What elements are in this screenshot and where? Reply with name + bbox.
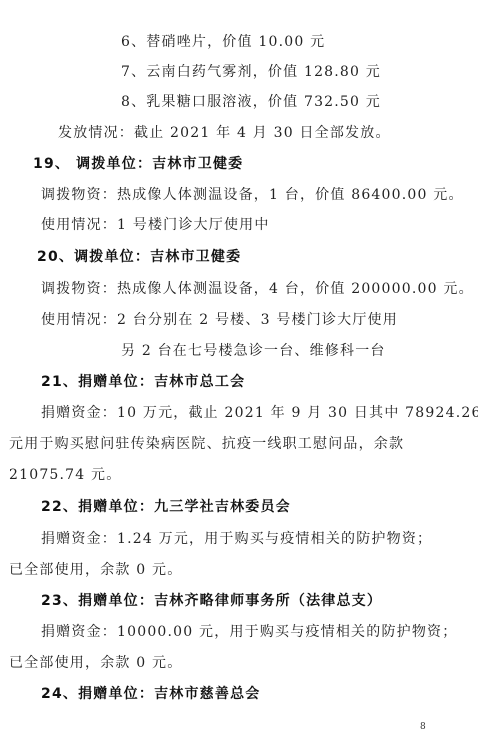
text-line: 调拨物资：热成像人体测温设备，1 台，价值 86400.00 元。 — [41, 186, 464, 204]
text-line: 捐赠资金：10 万元，截止 2021 年 9 月 30 日其中 78924.26 — [41, 404, 478, 422]
section-heading: 23、捐赠单位：吉林齐略律师事务所（法律总支） — [41, 592, 382, 610]
text-line: 已全部使用，余款 0 元。 — [9, 561, 182, 579]
text-line: 使用情况：2 台分别在 2 号楼、3 号楼门诊大厅使用 — [41, 311, 398, 329]
page-number: 8 — [420, 722, 426, 732]
text-line: 7、云南白药气雾剂，价值 128.80 元 — [121, 63, 381, 81]
section-heading: 19、 调拨单位：吉林市卫健委 — [33, 155, 243, 173]
section-heading: 22、捐赠单位：九三学社吉林委员会 — [41, 498, 291, 516]
section-heading: 21、捐赠单位：吉林市总工会 — [41, 373, 245, 391]
text-line: 8、乳果糖口服溶液，价值 732.50 元 — [121, 93, 381, 111]
text-line: 已全部使用，余款 0 元。 — [9, 654, 182, 672]
text-line: 21075.74 元。 — [9, 466, 121, 484]
text-line: 另 2 台在七号楼急诊一台、维修科一台 — [121, 342, 386, 360]
section-heading: 24、捐赠单位：吉林市慈善总会 — [41, 685, 260, 703]
section-heading: 20、调拨单位：吉林市卫健委 — [37, 248, 241, 266]
text-line: 捐赠资金：1.24 万元，用于购买与疫情相关的防护物资； — [41, 530, 432, 548]
text-line: 捐赠资金：10000.00 元，用于购买与疫情相关的防护物资； — [41, 623, 457, 641]
text-line: 6、替硝唑片，价值 10.00 元 — [121, 33, 325, 51]
text-line: 使用情况：1 号楼门诊大厅使用中 — [41, 216, 270, 234]
text-line: 发放情况：截止 2021 年 4 月 30 日全部发放。 — [58, 124, 391, 142]
text-line: 元用于购买慰问驻传染病医院、抗疫一线职工慰问品，余款 — [9, 435, 404, 453]
text-line: 调拨物资：热成像人体测温设备，4 台，价值 200000.00 元。 — [41, 280, 474, 298]
